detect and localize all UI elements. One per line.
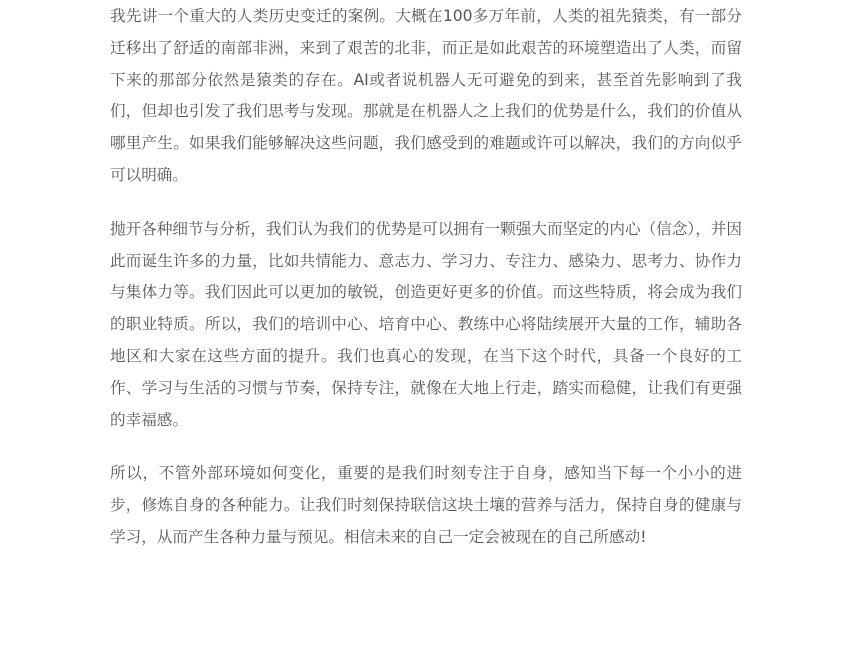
paragraph-history-case: 我先讲一个重大的人类历史变迁的案例。大概在100多万年前，人类的祖先猿类，有一部… — [110, 1, 742, 192]
article-body: 我先讲一个重大的人类历史变迁的案例。大概在100多万年前，人类的祖先猿类，有一部… — [110, 1, 742, 576]
paragraph-focus-on-self: 所以，不管外部环境如何变化，重要的是我们时刻专注于自身，感知当下每一个小小的进步… — [110, 458, 742, 553]
paragraph-our-strengths: 抛开各种细节与分析，我们认为我们的优势是可以拥有一颗强大而坚定的内心（信念），并… — [110, 214, 742, 437]
